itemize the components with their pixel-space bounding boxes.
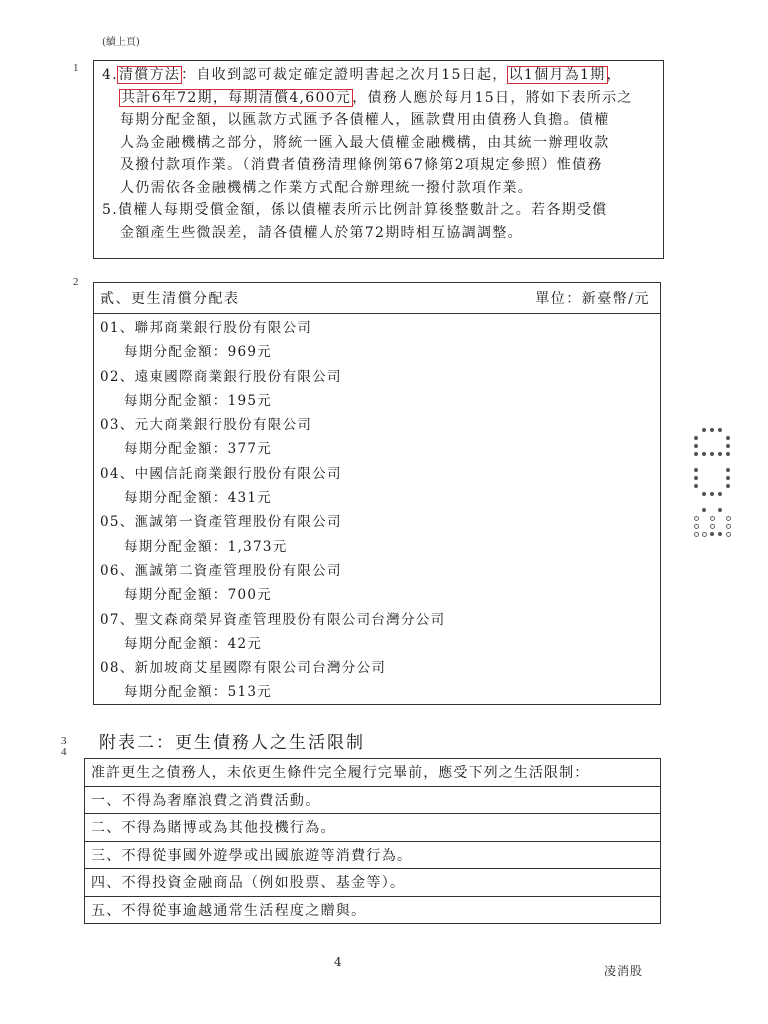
court-division-signature: 凌消股	[604, 962, 643, 979]
creditor-name: 02、遠東國際商業銀行股份有限公司	[100, 365, 660, 389]
creditor-list: 01、聯邦商業銀行股份有限公司 每期分配金額：969元 02、遠東國際商業銀行股…	[94, 314, 660, 705]
item4-text: ，	[607, 67, 622, 83]
repayment-method-box: 4.清償方法：自收到認可裁定確定證明書起之次月15日起，以1個月為1期， 共計6…	[93, 60, 664, 259]
item4-text: ：自收到認可裁定確定證明書起之次月15日起，	[181, 67, 507, 83]
distribution-table-header: 貳、更生清償分配表 單位：新臺幣/元	[94, 283, 660, 314]
restriction-intro-row: 准許更生之債務人，未依更生條件完全履行完畢前，應受下列之生活限制：	[84, 758, 661, 787]
creditor-name: 05、滙誠第一資產管理股份有限公司	[100, 510, 660, 534]
currency-unit: 單位：新臺幣/元	[535, 288, 650, 308]
creditor-amount: 每期分配金額：700元	[100, 583, 660, 607]
item4-line1: 4.清償方法：自收到認可裁定確定證明書起之次月15日起，以1個月為1期，	[102, 64, 655, 87]
living-restrictions-table: 准許更生之債務人，未依更生條件完全履行完畢前，應受下列之生活限制： 一、不得為奢…	[84, 758, 661, 924]
line-number: 2	[73, 276, 79, 288]
creditor-name: 07、聖文森商榮昇資產管理股份有限公司台灣分公司	[100, 608, 660, 632]
highlight-period: 以1個月為1期	[507, 66, 608, 84]
item4-line4: 人為金融機構之部分，將統一匯入最大債權金融機構，由其統一辦理收款	[102, 132, 655, 155]
creditor-amount: 每期分配金額：969元	[100, 340, 660, 364]
item4-line5: 及撥付款項作業。（消費者債務清理條例第67條第2項規定參照）惟債務	[102, 154, 655, 177]
item4-line6: 人仍需依各金融機構之作業方式配合辦理統一撥付款項作業。	[102, 177, 655, 200]
item5-line2: 金額產生些微誤差，請各債權人於第72期時相互協調調整。	[102, 222, 655, 245]
continued-note: (續上頁)	[102, 33, 140, 48]
creditor-name: 04、中國信託商業銀行股份有限公司	[100, 462, 660, 486]
restriction-row: 三、不得從事國外遊學或出國旅遊等消費行為。	[84, 842, 661, 870]
creditor-amount: 每期分配金額：431元	[100, 486, 660, 510]
creditor-name: 03、元大商業銀行股份有限公司	[100, 413, 660, 437]
creditor-amount: 每期分配金額：195元	[100, 389, 660, 413]
highlight-total-amount: 共計6年72期，每期清償4,600元	[119, 89, 353, 107]
page-number: 4	[334, 955, 342, 969]
creditor-amount: 每期分配金額：513元	[100, 680, 660, 704]
creditor-name: 08、新加坡商艾星國際有限公司台灣分公司	[100, 656, 660, 680]
creditor-amount: 每期分配金額：1,373元	[100, 535, 660, 559]
item4-line3: 每期分配金額，以匯款方式匯予各債權人，匯款費用由債務人負擔。債權	[102, 109, 655, 132]
item5-line1: 5.債權人每期受償金額，係以債權表所示比例計算後整數計之。若各期受償	[102, 199, 655, 222]
distribution-table: 貳、更生清償分配表 單位：新臺幣/元 01、聯邦商業銀行股份有限公司 每期分配金…	[93, 282, 661, 705]
item-number: 4.	[102, 67, 118, 83]
highlight-repayment-method: 清償方法	[117, 66, 182, 84]
line-number: 1	[73, 62, 79, 74]
restriction-row: 二、不得為賭博或為其他投機行為。	[84, 814, 661, 842]
item4-line2: 共計6年72期，每期清償4,600元，債務人應於每月15日，將如下表所示之	[102, 87, 655, 110]
restriction-row: 四、不得投資金融商品（例如股票、基金等）。	[84, 869, 661, 897]
living-restrictions-title: 附表二：更生債務人之生活限制	[99, 728, 365, 753]
restriction-row: 一、不得為奢靡浪費之消費活動。	[84, 787, 661, 815]
creditor-name: 06、滙誠第二資產管理股份有限公司	[100, 559, 660, 583]
item4-text: ，債務人應於每月15日，將如下表所示之	[352, 90, 633, 106]
creditor-amount: 每期分配金額：42元	[100, 632, 660, 656]
line-number: 4	[61, 746, 67, 758]
restriction-row: 五、不得從事逾越通常生活程度之贈與。	[84, 897, 661, 925]
distribution-table-title: 貳、更生清償分配表	[100, 288, 240, 308]
creditor-amount: 每期分配金額：377元	[100, 437, 660, 461]
creditor-name: 01、聯邦商業銀行股份有限公司	[100, 316, 660, 340]
